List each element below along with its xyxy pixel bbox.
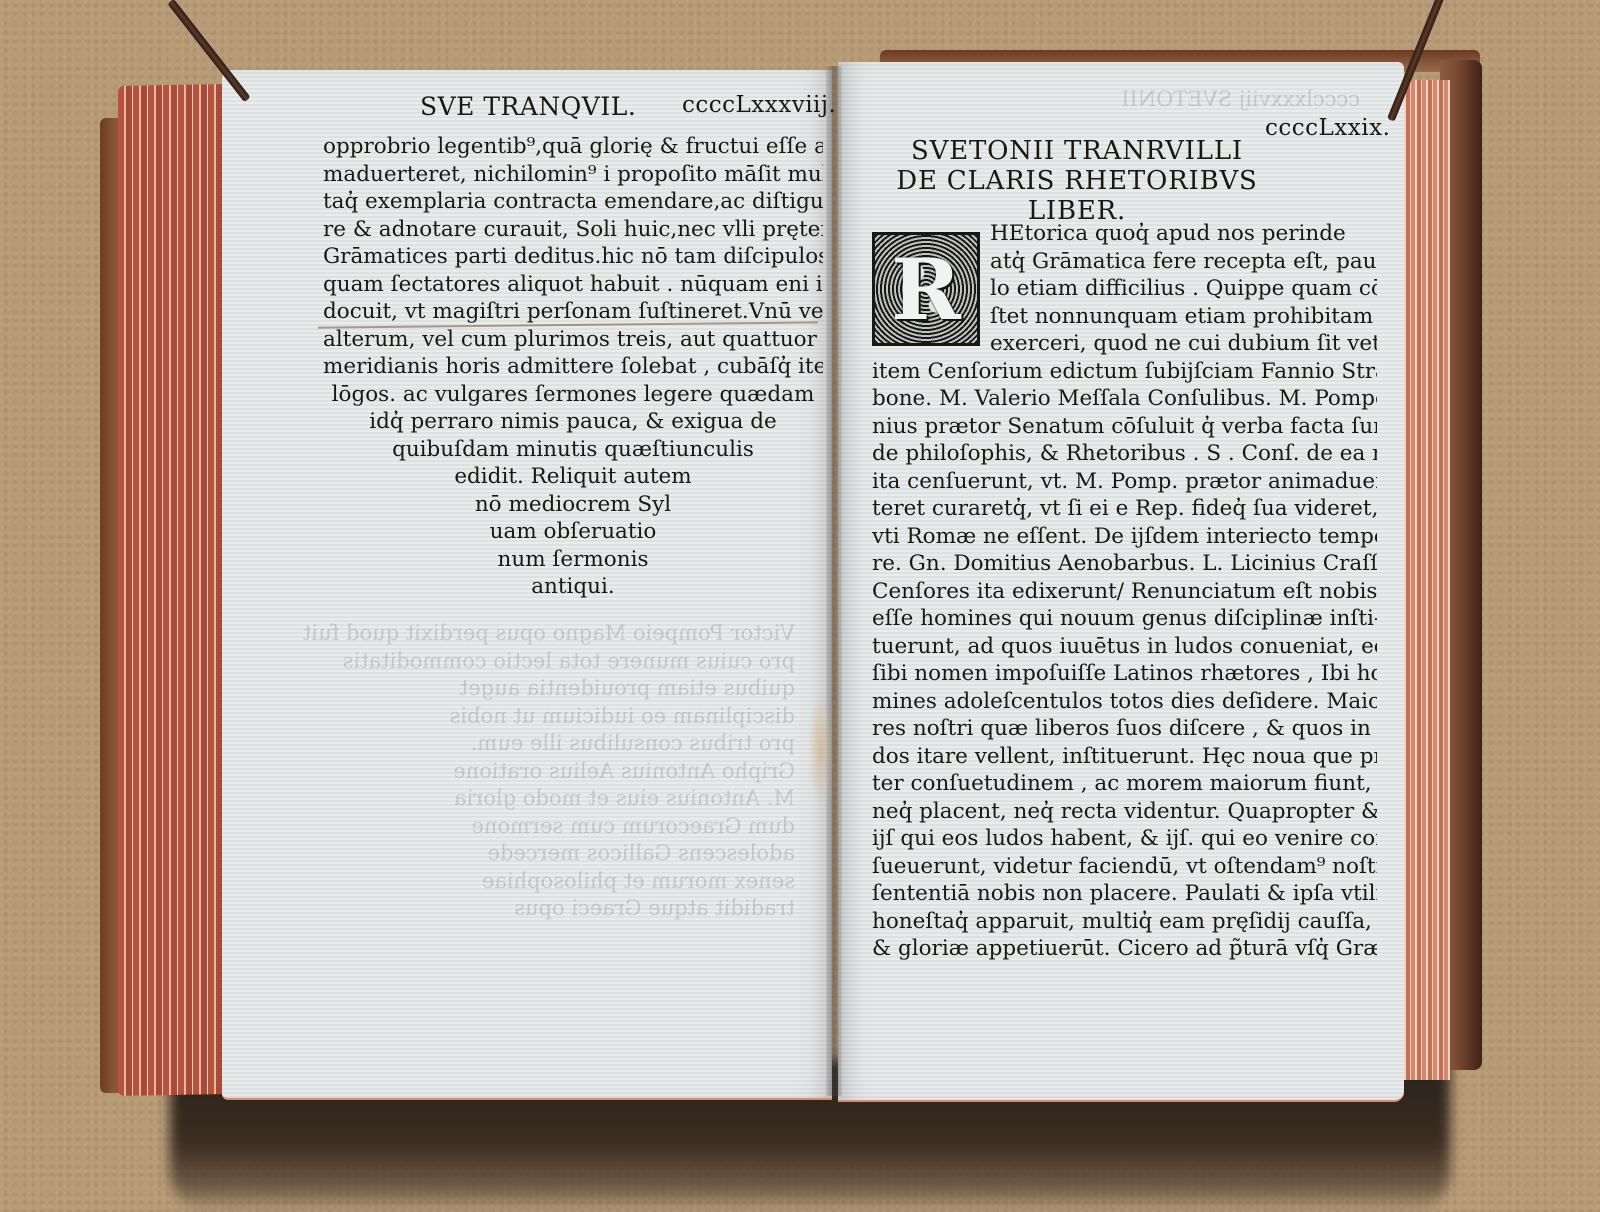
text-line: HEtorica quoq̓ apud nos perinde: [872, 220, 1377, 248]
left-running-head: SVE TRANQVIL.: [420, 92, 636, 121]
text-line: nō mediocrem Syl: [323, 491, 823, 519]
ghost-line: Victor Pompeio Magno opus perdixit quod …: [255, 620, 795, 648]
book-gutter: [826, 66, 842, 1096]
text-line: item Cenſorium edictum ſubijſciam Fannio…: [872, 358, 1377, 386]
text-line: ſententiā nobis non placere. Paulati & i…: [872, 880, 1377, 908]
text-line: nius prætor Senatum cōſuluit q̓ verba fa…: [872, 413, 1377, 441]
text-line: lōgos. ac vulgares ſermones legere quæda…: [323, 381, 823, 409]
page-block-edge-right: [1400, 80, 1450, 1080]
text-line: ijſ qui eos ludos habent, & ijſ. qui eo …: [872, 825, 1377, 853]
text-line: uam obſeruatio: [323, 518, 823, 546]
text-line: antiqui.: [323, 573, 823, 601]
text-line: re & adnotare curauit, Soli huic,nec vll…: [323, 216, 823, 244]
ghost-line: Gripho Antonius Aelius oratione: [255, 758, 795, 786]
ghost-line: senex morum et philosophiae: [255, 868, 795, 896]
text-line: neq̓ placent, neq̓ recta videntur. Quapr…: [872, 798, 1377, 826]
text-line: vti Romæ ne eſſent. De ijſdem interiecto…: [872, 523, 1377, 551]
text-line: edidit. Reliquit autem: [323, 463, 823, 491]
text-line: re. Gn. Domitius Aenobarbus. L. Licinius…: [872, 550, 1377, 578]
text-line: meridianis horis admittere ſolebat , cub…: [323, 353, 823, 381]
text-line: alterum, vel cum plurimos treis, aut qua…: [323, 326, 823, 354]
text-line: atq̓ Grāmatica fere recepta eſt, pau-: [872, 248, 1377, 276]
left-page-bleed-through: Victor Pompeio Magno opus perdixit quod …: [255, 620, 795, 1040]
left-page-text: opprobrio legentib⁹,quā glorię & fructui…: [323, 133, 823, 601]
text-line: taq̓ exemplaria contracta emendare,ac di…: [323, 188, 823, 216]
text-line: num ſermonis: [323, 546, 823, 574]
text-line: & gloriæ appetiuerūt. Cicero ad p̃turā v…: [872, 935, 1377, 963]
page-stain: [808, 690, 834, 810]
page-block-edge-left: [118, 84, 228, 1096]
text-line: exerceri, quod ne cui dubium ſit vet⁹: [872, 330, 1377, 358]
text-line: lo etiam difficilius . Quippe quam cō: [872, 275, 1377, 303]
text-line: mines adoleſcentulos totos dies deſidere…: [872, 688, 1377, 716]
text-line: quibuſdam minutis quæſtiunculis: [323, 436, 823, 464]
ghost-line: tradidit atque Graeci opus: [255, 895, 795, 923]
text-line: res noſtri quæ liberos ſuos diſcere , & …: [872, 715, 1377, 743]
text-line: teret curaretq̓, vt ſi ei e Rep. fideq̓ …: [872, 495, 1377, 523]
text-line: ſibi nomen impoſuiſſe Latinos rhætores ,…: [872, 660, 1377, 688]
text-line: Cenſores ita edixerunt/ Renunciatum eſt …: [872, 578, 1377, 606]
ghost-line: pro cuius munere tota lectio commoditati…: [255, 648, 795, 676]
text-line: de philoſophis, & Rhetoribus . S . Conſ.…: [872, 440, 1377, 468]
text-line: ſueuerunt, videtur faciendū, vt oſtendam…: [872, 853, 1377, 881]
text-line: ita cenſuerunt, vt. M. Pomp. prætor anim…: [872, 468, 1377, 496]
text-line: ſtet nonnunquam etiam prohibitam: [872, 303, 1377, 331]
title-line: SVETONII TRANRVILLI: [862, 136, 1292, 166]
ghost-line: pro tribus consulibus ille eum.: [255, 730, 795, 758]
text-line: quam ſectatores aliquot habuit . nūquam …: [323, 271, 823, 299]
ghost-line: M. Antonius eius et modo gloria: [255, 785, 795, 813]
right-page-text: HEtorica quoq̓ apud nos perinde atq̓ Grā…: [872, 220, 1377, 963]
text-line: bone. M. Valerio Meſſala Conſulibus. M. …: [872, 385, 1377, 413]
ghost-line: quibus etiam prouidentia auget: [255, 675, 795, 703]
left-folio-number: ccccLxxxviij.: [682, 92, 836, 118]
text-line: opprobrio legentib⁹,quā glorię & fructui…: [323, 133, 823, 161]
text-line: maduerteret, nichilomin⁹ i propoſito māſ…: [323, 161, 823, 189]
text-line: Grāmatices parti deditus.hic nō tam diſc…: [323, 243, 823, 271]
text-line: eſſe homines qui nouum genus diſciplinæ …: [872, 605, 1377, 633]
text-line: docuit, vt magiſtri perſonam ſuſtineret.…: [323, 298, 823, 326]
text-line: tuerunt, ad quos iuuētus in ludos conuen…: [872, 633, 1377, 661]
title-line: DE CLARIS RHETORIBVS: [862, 166, 1292, 196]
chapter-title: SVETONII TRANRVILLI DE CLARIS RHETORIBVS…: [862, 136, 1292, 226]
ghost-line: cccclxxxviij SVETONII: [860, 86, 1360, 114]
ghost-line: adolescens Gallicos mercede: [255, 840, 795, 868]
text-line: idq̓ perraro nimis pauca, & exigua de: [323, 408, 823, 436]
ghost-line: disciplinam eo iudicium ut nobis: [255, 703, 795, 731]
text-line: honeſtaq̓ apparuit, multiq̓ eam pręſidij…: [872, 908, 1377, 936]
text-line: dos itare vellent, inſtituerunt. Hęc nou…: [872, 743, 1377, 771]
text-line: ter conſuetudinem , ac morem maiorum fiu…: [872, 770, 1377, 798]
ghost-line: dum Graecorum cum sermone: [255, 813, 795, 841]
